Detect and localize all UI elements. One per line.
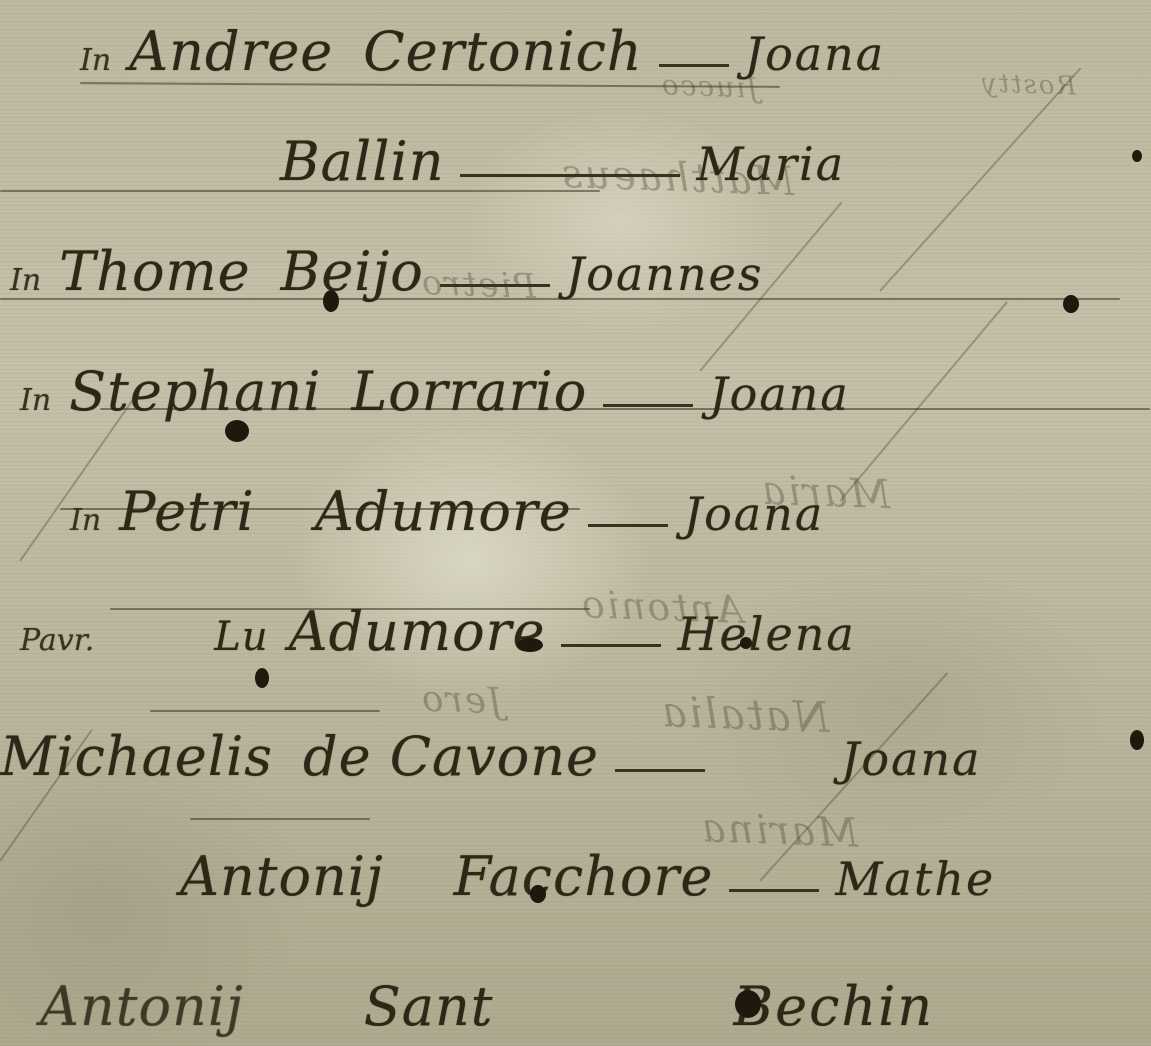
entry-family-name: Ballin [280, 130, 444, 193]
entry-spouse-name: Joana [745, 27, 886, 81]
ruled-line [190, 818, 370, 820]
ink-blot [1132, 150, 1142, 162]
entry-family-name: Sant [364, 975, 494, 1038]
register-entry: InPetriAdumoreJoana [70, 480, 824, 543]
entry-prefix: Pavr. [20, 623, 94, 658]
entry-prefix: In [70, 503, 101, 538]
register-entry: AntonijFacchoreMathe [180, 845, 995, 908]
entry-spouse-name: Joana [684, 487, 825, 541]
entry-dash [561, 644, 661, 647]
ink-blot [1063, 295, 1079, 313]
entry-dash [588, 524, 668, 527]
entry-family-name: de Cavone [303, 725, 599, 788]
entry-given-name: Michaelis [0, 725, 273, 788]
entry-dash [659, 64, 729, 67]
entry-family-name: Adumore [289, 600, 546, 663]
entry-family-name: Certonich [363, 20, 642, 83]
entry-dash [460, 174, 680, 177]
bleed-stroke [839, 301, 1008, 501]
entry-prefix: In [20, 383, 51, 418]
entry-given-name: Petri [119, 480, 255, 543]
entry-prefix: In [80, 43, 111, 78]
entry-spouse-name: Joana [841, 732, 982, 786]
entry-dash [729, 889, 819, 892]
entry-dash [615, 769, 705, 772]
entry-spouse-name: Joannes [566, 247, 764, 301]
entry-spouse-name: Bechin [733, 975, 934, 1038]
ink-blot [255, 668, 269, 688]
ink-blot [735, 990, 761, 1018]
bleed-stroke [879, 67, 1081, 291]
bleed-through-text: Jero [419, 679, 503, 723]
entry-spouse-name: Joana [709, 367, 850, 421]
register-entry: AntonijSantBechin [40, 975, 934, 1038]
entry-spouse-name: Helena [677, 607, 855, 661]
register-entry: InAndreeCertonichJoana [80, 20, 885, 83]
register-entry: InStephaniLorrarioJoana [20, 360, 850, 423]
entry-given-name: Andree [129, 20, 333, 83]
entry-family-name: Beijo [281, 240, 424, 303]
ink-blot [1130, 730, 1144, 750]
entry-spouse-name: Maria [696, 137, 845, 191]
register-entry: Pavr.LuAdumoreHelena [20, 600, 856, 663]
entry-given-name: Antonij [40, 975, 244, 1038]
entry-family-name: Facchore [454, 845, 714, 908]
entry-family-name: Lorrario [351, 360, 587, 423]
entry-given-name: Lu [214, 614, 268, 660]
entry-given-name: Stephani [69, 360, 321, 423]
manuscript-page: Jiucco Rostty Matthaeus Pietro Maria Ant… [0, 0, 1151, 1046]
ink-blot [517, 638, 543, 652]
bleed-through-text: Rostty [980, 68, 1077, 101]
register-entry: Michaelisde CavoneJoana [0, 725, 982, 788]
ink-blot [225, 420, 249, 442]
ink-blot [740, 637, 752, 649]
register-entry: BallinMaria [280, 130, 845, 193]
entry-dash [603, 404, 693, 407]
entry-spouse-name: Mathe [835, 852, 995, 906]
entry-given-name: Thome [59, 240, 250, 303]
ink-blot [323, 290, 339, 312]
entry-dash [440, 284, 550, 287]
ink-blot [530, 885, 546, 903]
entry-family-name: Adumore [315, 480, 572, 543]
ruled-line [150, 710, 380, 712]
entry-prefix: In [10, 263, 41, 298]
entry-given-name: Antonij [180, 845, 384, 908]
register-entry: InThomeBeijoJoannes [10, 240, 763, 303]
